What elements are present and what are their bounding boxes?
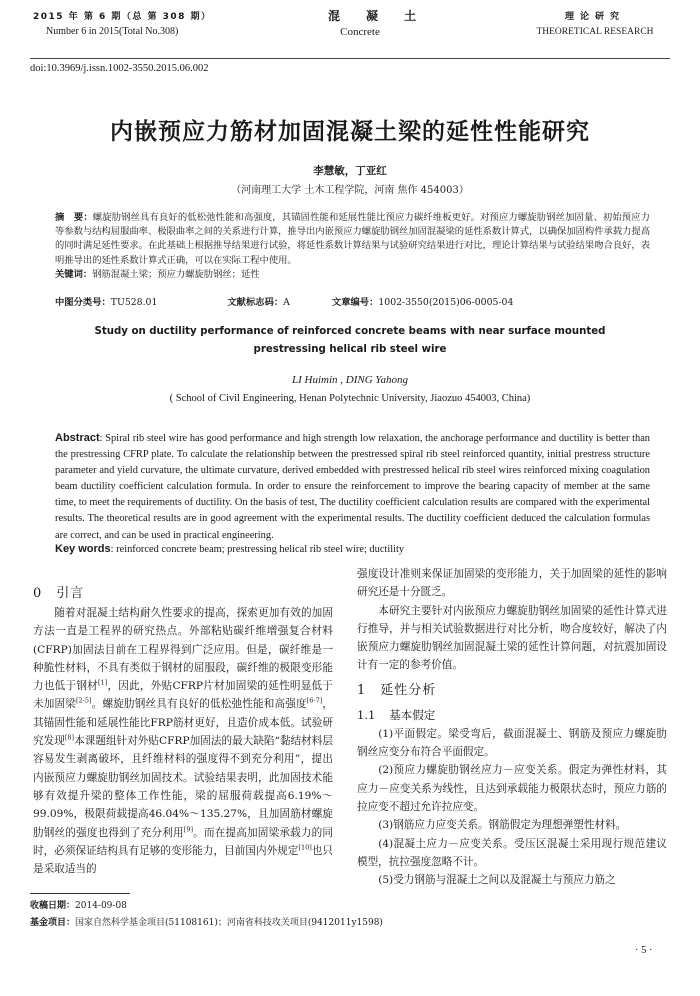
assumption-5: (5)受力钢筋与混凝土之间以及混凝土与预应力筋之 [357, 871, 667, 889]
abstract-cn-text: 螺旋肋钢丝具有良好的低松弛性能和高强度，其锚固性能和延展性能比预应力碳纤维板更好… [55, 212, 650, 266]
abstract-en-label: Abstract [55, 432, 100, 444]
affiliation-cn: （河南理工大学 土木工程学院，河南 焦作 454003） [0, 181, 700, 196]
header-divider [30, 58, 670, 59]
abstract-cn: 摘 要：螺旋肋钢丝具有良好的低松弛性能和高强度，其锚固性能和延展性能比预应力碳纤… [55, 211, 650, 282]
page-number: · 5 · [635, 945, 653, 956]
issue-cn: 2015 年 第 6 期（总 第 308 期） [33, 11, 293, 24]
keywords-en-text: : reinforced concrete beam; prestressing… [111, 544, 404, 555]
section-heading-1: 1延性分析 [357, 681, 667, 701]
assumption-1: (1)平面假定。梁受弯后，截面混凝土、钢筋及预应力螺旋肋钢丝应变分布符合平面假定… [357, 725, 667, 762]
footnote-divider [30, 893, 130, 894]
header-journal: 混凝土 Concrete [300, 9, 460, 40]
citation[interactable]: [9] [184, 825, 193, 833]
classification-row: 中图分类号：TU528.01 文献标志码：A 文章编号：1002-3550(20… [55, 294, 650, 308]
header-issue: 2015 年 第 6 期（总 第 308 期） Number 6 in 2015… [33, 11, 293, 40]
keywords-cn: 关键词：钢筋混凝土梁；预应力螺旋肋钢丝；延性 [55, 268, 650, 282]
issue-en: Number 6 in 2015(Total No.308) [33, 24, 293, 40]
citation[interactable]: [1] [98, 679, 107, 687]
section-heading-0: 0引言 [33, 584, 333, 604]
funding: 基金项目：国家自然科学基金项目(51108161)；河南省科技攻关项目(9412… [30, 915, 383, 928]
assumption-4: (4)混凝土应力－应变关系。受压区混凝土采用现行规范建议模型，抗拉强度忽略不计。 [357, 835, 667, 872]
authors-cn: 李慧敏，丁亚红 [0, 163, 700, 178]
keywords-en: Key words: reinforced concrete beam; pre… [55, 543, 650, 555]
citation[interactable]: [2-5] [76, 697, 92, 705]
doi: doi:10.3969/j.issn.1002-3550.2015.06.002 [30, 63, 209, 74]
assumption-3: (3)钢筋应力应变关系。钢筋假定为理想弹塑性材料。 [357, 816, 667, 834]
intro-paragraph-1-continued: 强度设计准则来保证加固梁的变形能力，关于加固梁的延性的影响研究还是十分匮乏。 [357, 565, 667, 602]
journal-name-cn: 混凝土 [300, 9, 460, 24]
section-en: THEORETICAL RESEARCH [520, 24, 670, 40]
article-number: 文章编号：1002-3550(2015)06-0005-04 [332, 294, 513, 308]
section-cn: 理论研究 [520, 11, 670, 24]
affiliation-en: ( School of Civil Engineering, Henan Pol… [0, 393, 700, 404]
keywords-en-label: Key words [55, 543, 111, 555]
subsection-heading-1-1: 1.1基本假定 [357, 705, 667, 725]
header-section: 理论研究 THEORETICAL RESEARCH [520, 11, 670, 40]
document-code: 文献标志码：A [227, 294, 290, 308]
assumption-2: (2)预应力螺旋肋钢丝应力－应变关系。假定为弹性材料，其应力－应变关系为线性，且… [357, 761, 667, 816]
abstract-en: Abstract: Spiral rib steel wire has good… [55, 430, 650, 544]
journal-name-en: Concrete [260, 24, 460, 40]
body-column-right: 强度设计准则来保证加固梁的变形能力，关于加固梁的延性的影响研究还是十分匮乏。 本… [357, 565, 667, 889]
title-cn: 内嵌预应力筋材加固混凝土梁的延性性能研究 [0, 113, 700, 146]
authors-en: LI Huimin , DING Yahong [0, 374, 700, 386]
keywords-cn-text: 钢筋混凝土梁；预应力螺旋肋钢丝；延性 [92, 269, 259, 280]
keywords-cn-label: 关键词： [55, 269, 92, 280]
clc-number: 中图分类号：TU528.01 [55, 294, 157, 308]
intro-paragraph-1: 随着对混凝土结构耐久性要求的提高，探索更加有效的加固方法一直是工程界的研究热点。… [33, 604, 333, 878]
citation[interactable]: [10] [298, 843, 311, 851]
title-en: Study on ductility performance of reinfo… [80, 323, 620, 359]
body-column-left: 0引言 随着对混凝土结构耐久性要求的提高，探索更加有效的加固方法一直是工程界的研… [33, 584, 333, 878]
abstract-en-text: : Spiral rib steel wire has good perform… [55, 433, 650, 541]
received-date: 收稿日期：2014-09-08 [30, 898, 127, 911]
citation[interactable]: [8] [65, 734, 74, 742]
intro-paragraph-2: 本研究主要针对内嵌预应力螺旋肋钢丝加固梁的延性计算式进行推导，并与相关试验数据进… [357, 602, 667, 675]
citation[interactable]: [6-7] [307, 697, 323, 705]
abstract-cn-label: 摘 要： [55, 212, 93, 223]
